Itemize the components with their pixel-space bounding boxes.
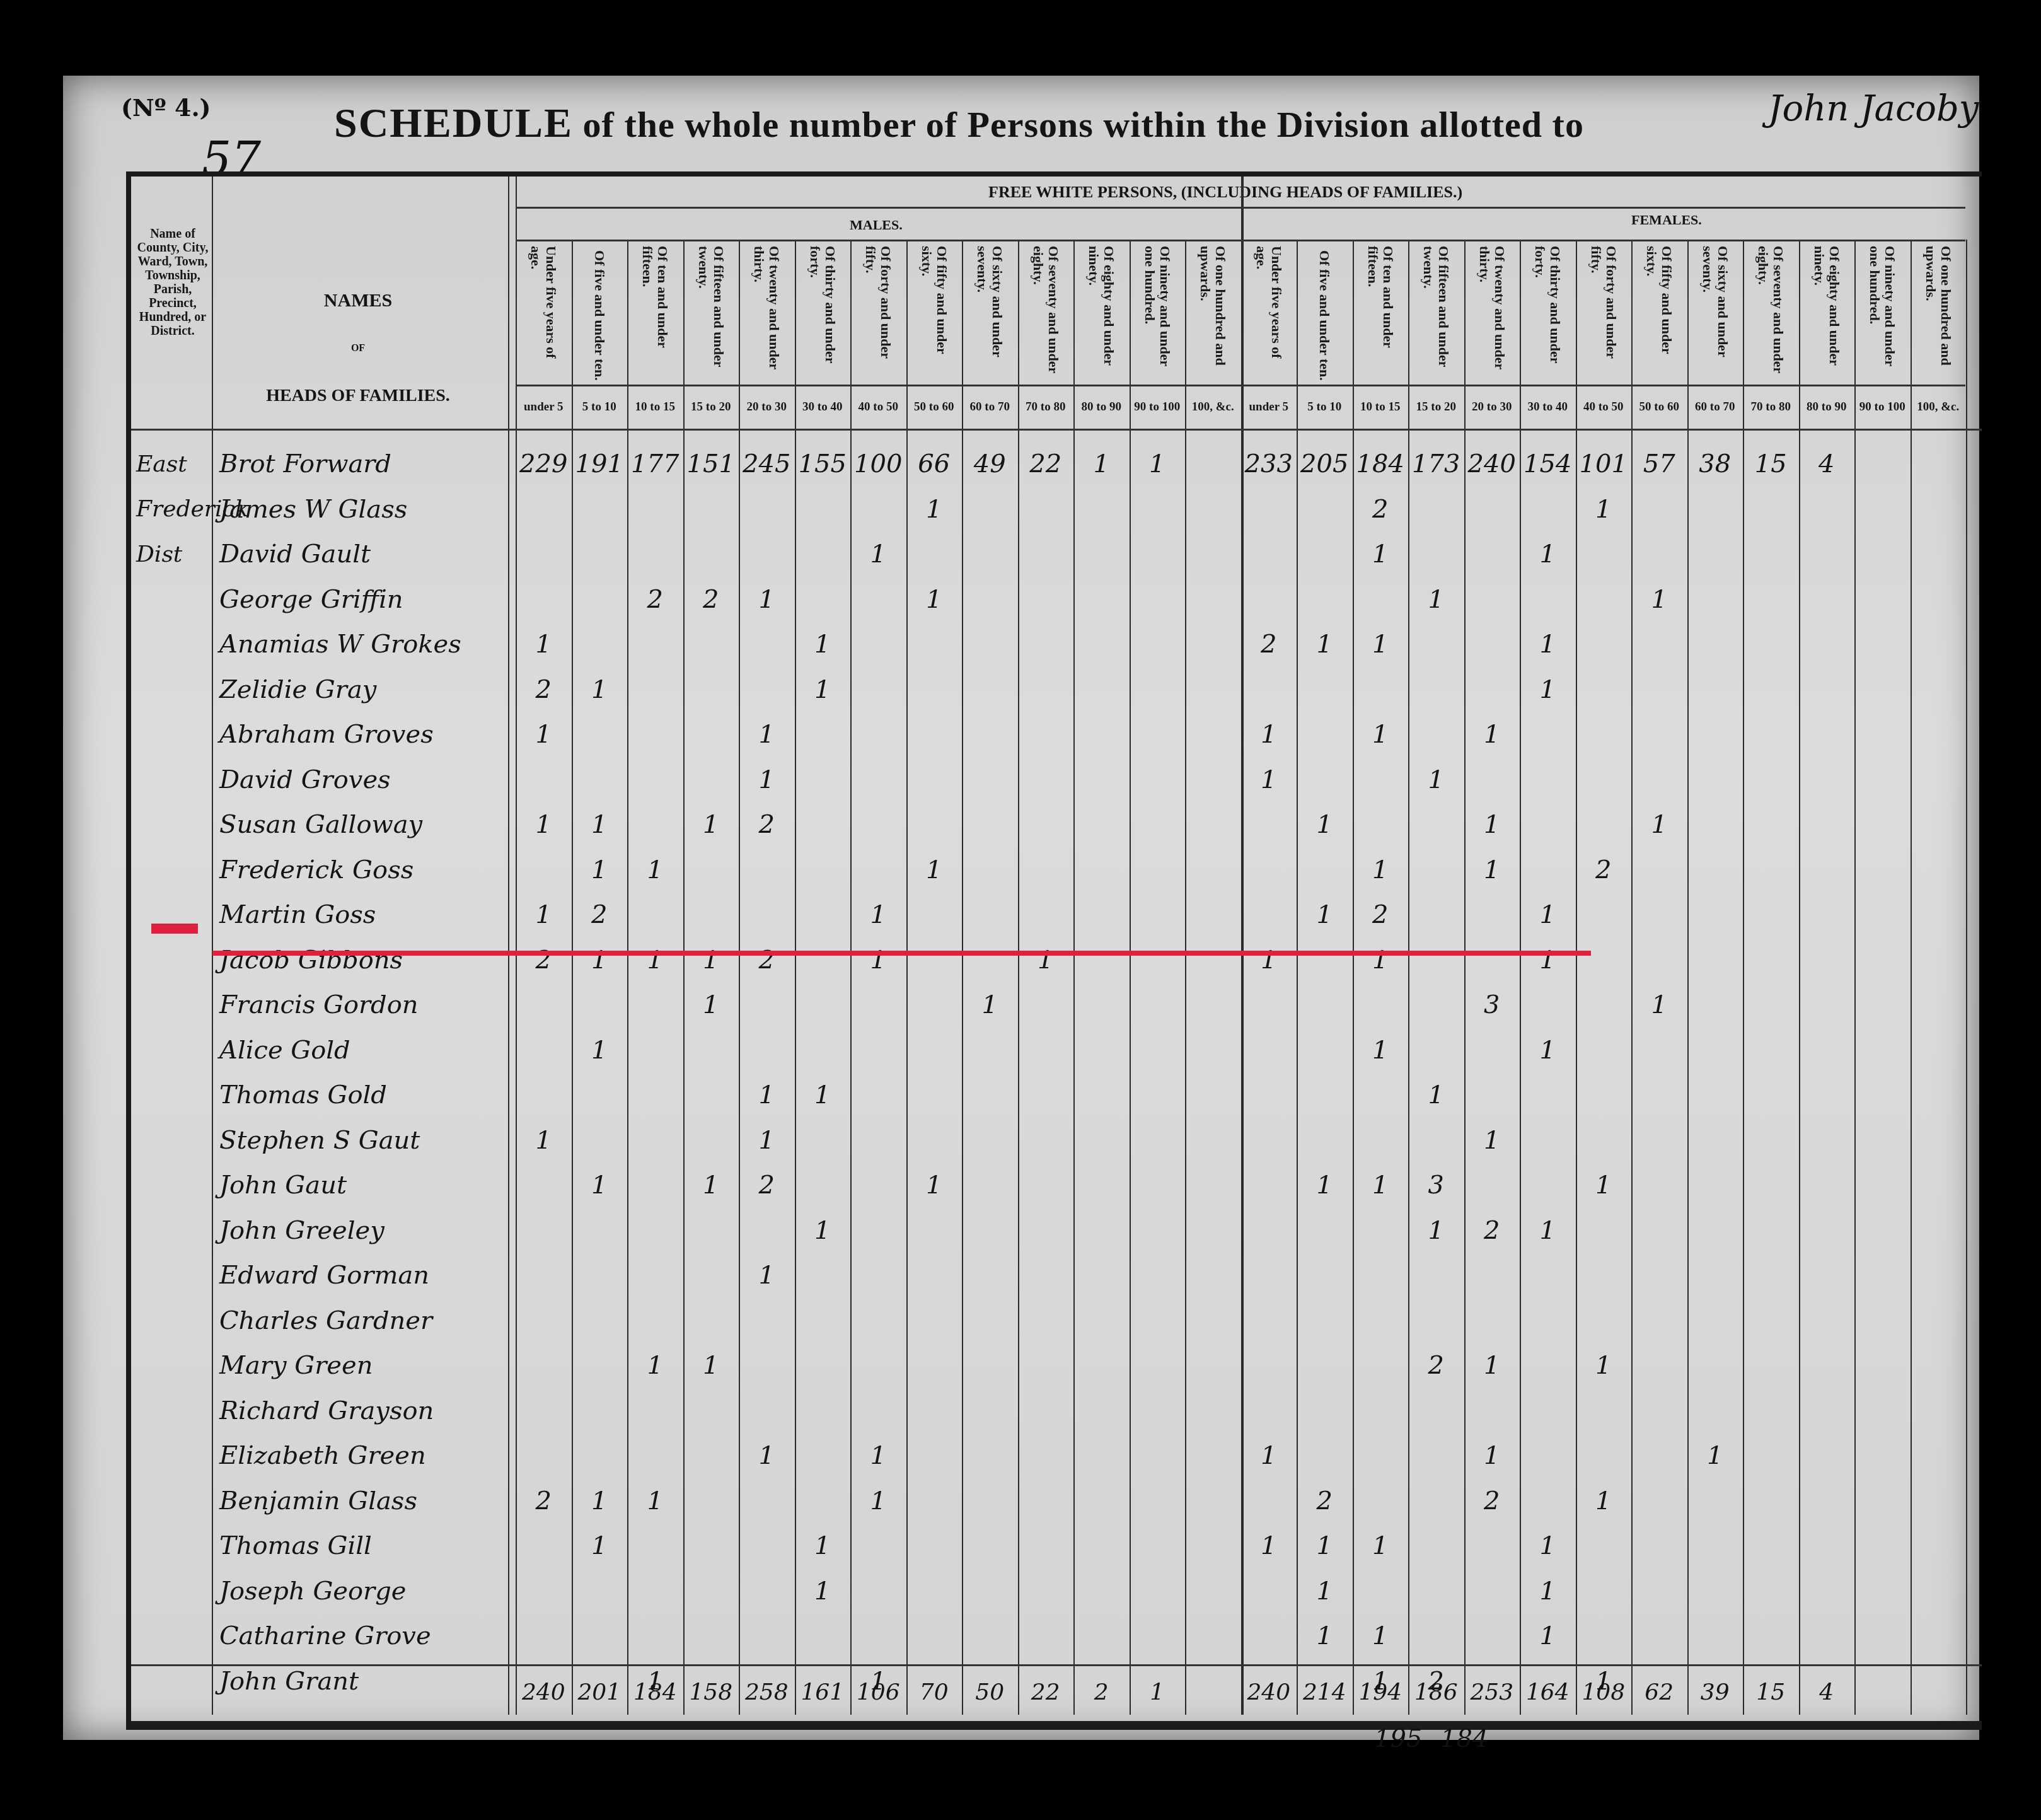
female-count-cell: [1576, 1523, 1632, 1568]
age-range-code: 80 to 90: [1073, 388, 1130, 426]
male-count-cell: [1018, 1523, 1074, 1568]
male-count-cell: [795, 531, 851, 577]
male-count-cell: [1018, 1343, 1074, 1388]
female-count-cell: 1: [1297, 1568, 1353, 1614]
female-count-cell: [1854, 1028, 1911, 1073]
head-of-family-name: Thomas Gill: [219, 1523, 372, 1568]
female-count-cell: [1241, 1072, 1297, 1118]
female-count-cell: [1911, 1343, 1967, 1388]
female-count-cell: [1687, 487, 1743, 532]
male-count-cell: [795, 1388, 851, 1434]
names-header-line1: NAMES: [213, 290, 503, 311]
male-count-cell: [906, 712, 963, 757]
male-count-cell: [1073, 667, 1130, 712]
male-count-cell: 1: [850, 1478, 906, 1524]
female-count-cell: [1687, 1298, 1743, 1343]
female-count-cell: [1743, 757, 1799, 803]
male-count-cell: 1: [795, 667, 851, 712]
female-count-cell: [1408, 937, 1464, 983]
male-count-cell: [850, 577, 906, 622]
male-count-cell: [962, 1253, 1018, 1298]
male-count-cell: [795, 937, 851, 983]
male-count-cell: [627, 1072, 683, 1118]
table-row: John Gaut11211131: [131, 1162, 1982, 1208]
age-description: Of forty and under fifty.: [1588, 246, 1619, 385]
female-count-cell: [1408, 531, 1464, 577]
head-of-family-name: Edward Gorman: [219, 1253, 429, 1298]
female-count-cell: [1297, 1028, 1353, 1073]
age-description: Of ten and under fifteen.: [1365, 246, 1396, 385]
female-count-cell: [1911, 667, 1967, 712]
female-count-cell: [1408, 1298, 1464, 1343]
female-count-cell: [1241, 487, 1297, 532]
male-count-cell: [1130, 1028, 1186, 1073]
female-count-cell: 1: [1241, 757, 1297, 803]
male-count-cell: [1018, 577, 1074, 622]
male-count-cell: [683, 892, 739, 937]
male-count-cell: [1185, 531, 1241, 577]
male-count-cell: [627, 982, 683, 1028]
female-count-cell: [1911, 982, 1967, 1028]
female-count-cell: [1520, 712, 1576, 757]
male-count-cell: 245: [739, 441, 795, 487]
female-count-cell: [1911, 847, 1967, 893]
male-count-cell: [1018, 1253, 1074, 1298]
male-count-cell: [850, 802, 906, 847]
female-count-cell: 1: [1408, 577, 1464, 622]
female-count-cell: [1520, 982, 1576, 1028]
female-count-cell: [1799, 1388, 1855, 1434]
table-row: Joseph George111: [131, 1568, 1982, 1614]
female-count-cell: 1: [1408, 757, 1464, 803]
male-count-cell: [1185, 1072, 1241, 1118]
male-count-cell: [1018, 1568, 1074, 1614]
male-count-cell: [683, 1523, 739, 1568]
female-count-cell: [1408, 1118, 1464, 1163]
male-count-cell: 2: [572, 892, 628, 937]
female-count-cell: 2: [1408, 1343, 1464, 1388]
male-count-cell: [795, 1298, 851, 1343]
female-count-cell: [1911, 1478, 1967, 1524]
row-rule: [516, 385, 1965, 386]
male-count-cell: [516, 847, 572, 893]
female-count-cell: [1687, 937, 1743, 983]
female-age-column-header: Under five years of age.: [1241, 246, 1297, 385]
male-count-cell: [739, 892, 795, 937]
female-count-cell: [1408, 847, 1464, 893]
female-total-cell: 214: [1297, 1669, 1353, 1715]
male-count-cell: [850, 1162, 906, 1208]
age-description: Of thirty and under forty.: [807, 246, 838, 385]
male-count-cell: [572, 1072, 628, 1118]
male-count-cell: 1: [906, 487, 963, 532]
female-count-cell: [1743, 1072, 1799, 1118]
male-count-cell: [1073, 1253, 1130, 1298]
male-count-cell: 191: [572, 441, 628, 487]
names-header-line2: OF: [213, 343, 503, 354]
male-count-cell: 2: [516, 1478, 572, 1524]
female-count-cell: [1297, 937, 1353, 983]
male-count-cell: [627, 487, 683, 532]
male-count-cell: [1073, 1028, 1130, 1073]
male-count-cell: [683, 1568, 739, 1614]
male-count-cell: [572, 622, 628, 667]
male-count-cell: [906, 937, 963, 983]
male-count-cell: [1073, 757, 1130, 803]
female-count-cell: [1241, 1613, 1297, 1659]
female-count-cell: 4: [1799, 441, 1855, 487]
male-count-cell: 1: [1018, 937, 1074, 983]
male-count-cell: [1130, 757, 1186, 803]
male-count-cell: 1: [572, 1523, 628, 1568]
male-count-cell: [1130, 1208, 1186, 1253]
male-count-cell: [906, 1118, 963, 1163]
female-count-cell: [1631, 1208, 1687, 1253]
female-count-cell: 1: [1297, 892, 1353, 937]
female-count-cell: 101: [1576, 441, 1632, 487]
male-count-cell: [516, 1523, 572, 1568]
female-count-cell: [1408, 1568, 1464, 1614]
female-count-cell: 173: [1408, 441, 1464, 487]
female-count-cell: [1687, 1162, 1743, 1208]
male-count-cell: [850, 1343, 906, 1388]
female-count-cell: [1353, 1118, 1409, 1163]
age-range-code: 5 to 10: [1297, 388, 1353, 426]
male-count-cell: [572, 577, 628, 622]
female-count-cell: 1: [1353, 622, 1409, 667]
male-count-cell: [683, 1298, 739, 1343]
male-count-cell: [850, 487, 906, 532]
names-column-header: NAMES OF HEADS OF FAMILIES.: [213, 240, 503, 406]
head-of-family-name: Zelidie Gray: [219, 667, 376, 712]
male-total-cell: 2: [1073, 1669, 1130, 1715]
female-count-cell: [1687, 982, 1743, 1028]
male-count-cell: [1185, 441, 1241, 487]
head-of-family-name: Mary Green: [219, 1343, 373, 1388]
male-count-cell: [572, 712, 628, 757]
age-description: Of ninety and under one hundred.: [1142, 246, 1172, 385]
female-count-cell: 1: [1464, 1433, 1520, 1478]
male-count-cell: [1185, 1613, 1241, 1659]
female-count-cell: [1408, 1388, 1464, 1434]
male-count-cell: [627, 892, 683, 937]
female-count-cell: [1854, 892, 1911, 937]
male-count-cell: [1185, 577, 1241, 622]
male-count-cell: [1073, 1343, 1130, 1388]
male-count-cell: [1130, 1523, 1186, 1568]
female-count-cell: [1911, 441, 1967, 487]
female-count-cell: [1353, 1343, 1409, 1388]
female-count-cell: [1353, 982, 1409, 1028]
male-count-cell: [1130, 982, 1186, 1028]
female-count-cell: [1576, 1613, 1632, 1659]
male-count-cell: [683, 1028, 739, 1073]
female-count-cell: 1: [1464, 847, 1520, 893]
female-age-column-header: Of fifty and under sixty.: [1631, 246, 1687, 385]
female-count-cell: 1: [1520, 667, 1576, 712]
female-count-cell: [1241, 1478, 1297, 1524]
male-count-cell: [850, 1028, 906, 1073]
female-count-cell: 1: [1297, 1613, 1353, 1659]
male-count-cell: [906, 1298, 963, 1343]
male-count-cell: [962, 1568, 1018, 1614]
head-of-family-name: Thomas Gold: [219, 1072, 387, 1118]
table-row: Mary Green11211: [131, 1343, 1982, 1388]
male-count-cell: [906, 622, 963, 667]
male-count-cell: [906, 1433, 963, 1478]
female-count-cell: [1520, 1253, 1576, 1298]
female-count-cell: 1: [1408, 1072, 1464, 1118]
age-description: Of sixty and under seventy.: [974, 246, 1005, 385]
female-count-cell: [1464, 1388, 1520, 1434]
male-count-cell: [1185, 712, 1241, 757]
male-count-cell: [1073, 1568, 1130, 1614]
male-count-cell: [739, 847, 795, 893]
female-count-cell: [1743, 1162, 1799, 1208]
female-count-cell: [1241, 667, 1297, 712]
male-count-cell: [627, 1388, 683, 1434]
female-count-cell: 1: [1353, 1613, 1409, 1659]
female-age-column-header: Of thirty and under forty.: [1520, 246, 1576, 385]
female-count-cell: [1743, 982, 1799, 1028]
female-count-cell: [1241, 1028, 1297, 1073]
table-row: Edward Gorman1: [131, 1253, 1982, 1298]
female-count-cell: [1687, 1072, 1743, 1118]
male-count-cell: [906, 1253, 963, 1298]
male-count-cell: [850, 982, 906, 1028]
male-count-cell: [627, 1613, 683, 1659]
female-count-cell: 1: [1464, 802, 1520, 847]
male-count-cell: 1: [795, 1523, 851, 1568]
table-row: David Gault111: [131, 531, 1982, 577]
head-of-family-name: Francis Gordon: [219, 982, 419, 1028]
female-count-cell: [1408, 1478, 1464, 1524]
female-count-cell: [1687, 622, 1743, 667]
female-count-cell: [1911, 802, 1967, 847]
male-count-cell: [850, 1253, 906, 1298]
male-age-column-header: Of thirty and under forty.: [795, 246, 851, 385]
male-count-cell: [1073, 1613, 1130, 1659]
male-count-cell: [1018, 1072, 1074, 1118]
male-count-cell: [962, 712, 1018, 757]
male-count-cell: [683, 531, 739, 577]
female-count-cell: [1464, 757, 1520, 803]
female-count-cell: 1: [1353, 531, 1409, 577]
female-count-cell: 38: [1687, 441, 1743, 487]
female-count-cell: 1: [1576, 487, 1632, 532]
female-count-cell: [1854, 982, 1911, 1028]
female-count-cell: [1408, 1028, 1464, 1073]
female-count-cell: [1854, 1162, 1911, 1208]
male-count-cell: [906, 1613, 963, 1659]
male-age-column-header: Of ten and under fifteen.: [627, 246, 683, 385]
male-count-cell: [850, 757, 906, 803]
female-count-cell: [1911, 577, 1967, 622]
female-total-cell: [1911, 1669, 1967, 1715]
female-count-cell: [1631, 1072, 1687, 1118]
female-count-cell: [1353, 757, 1409, 803]
table-row: Jacob Gibbons2111211111: [131, 937, 1982, 983]
female-count-cell: [1854, 1388, 1911, 1434]
male-count-cell: [962, 1523, 1018, 1568]
female-count-cell: [1911, 1072, 1967, 1118]
female-count-cell: [1631, 1613, 1687, 1659]
female-count-cell: 1: [1353, 1162, 1409, 1208]
male-count-cell: [1018, 1613, 1074, 1659]
female-count-cell: [1576, 577, 1632, 622]
female-count-cell: 1: [1520, 892, 1576, 937]
age-description: Under five years of age.: [528, 246, 558, 385]
male-count-cell: 1: [516, 622, 572, 667]
female-count-cell: [1576, 1388, 1632, 1434]
male-count-cell: [1073, 1298, 1130, 1343]
highlight-marker: [151, 924, 198, 934]
male-count-cell: [516, 577, 572, 622]
male-count-cell: [739, 1568, 795, 1614]
female-count-cell: [1743, 667, 1799, 712]
male-count-cell: [1018, 487, 1074, 532]
female-count-cell: [1743, 1208, 1799, 1253]
male-count-cell: [739, 1613, 795, 1659]
male-count-cell: 1: [739, 577, 795, 622]
female-count-cell: [1631, 1523, 1687, 1568]
female-count-cell: [1576, 667, 1632, 712]
female-count-cell: [1631, 667, 1687, 712]
male-count-cell: [795, 847, 851, 893]
male-count-cell: 1: [1073, 441, 1130, 487]
male-count-cell: [906, 531, 963, 577]
male-count-cell: [1073, 847, 1130, 893]
head-of-family-name: Frederick Goss: [219, 847, 413, 893]
female-count-cell: [1520, 577, 1576, 622]
male-total-cell: 240: [516, 1669, 572, 1715]
female-count-cell: 154: [1520, 441, 1576, 487]
female-count-cell: [1911, 712, 1967, 757]
male-count-cell: [627, 1208, 683, 1253]
female-count-cell: 1: [1297, 1162, 1353, 1208]
female-count-cell: [1911, 1388, 1967, 1434]
female-count-cell: [1743, 712, 1799, 757]
male-count-cell: [1130, 1118, 1186, 1163]
male-count-cell: [795, 1433, 851, 1478]
female-count-cell: [1464, 1613, 1520, 1659]
male-count-cell: [1130, 892, 1186, 937]
male-count-cell: [1185, 802, 1241, 847]
male-count-cell: [1018, 1433, 1074, 1478]
female-count-cell: 1: [1353, 712, 1409, 757]
age-range-code: 60 to 70: [962, 388, 1018, 426]
male-count-cell: 1: [739, 1433, 795, 1478]
female-count-cell: [1687, 531, 1743, 577]
female-count-cell: [1799, 667, 1855, 712]
male-count-cell: [1130, 802, 1186, 847]
female-count-cell: [1353, 1478, 1409, 1524]
male-count-cell: [1130, 1343, 1186, 1388]
female-count-cell: 1: [1353, 847, 1409, 893]
male-age-column-header: Of fifteen and under twenty.: [683, 246, 739, 385]
table-row: Zelidie Gray2111: [131, 667, 1982, 712]
age-description: Of sixty and under seventy.: [1700, 246, 1730, 385]
female-count-cell: [1631, 487, 1687, 532]
female-count-cell: [1799, 531, 1855, 577]
female-count-cell: [1297, 1388, 1353, 1434]
male-count-cell: [1073, 487, 1130, 532]
female-count-cell: [1799, 712, 1855, 757]
male-total-cell: 50: [962, 1669, 1018, 1715]
male-count-cell: [516, 1072, 572, 1118]
male-count-cell: [739, 667, 795, 712]
male-count-cell: 1: [906, 1162, 963, 1208]
female-count-cell: [1687, 757, 1743, 803]
male-count-cell: [1073, 622, 1130, 667]
female-count-cell: [1854, 441, 1911, 487]
male-count-cell: [683, 1613, 739, 1659]
male-count-cell: 1: [683, 1162, 739, 1208]
female-count-cell: [1353, 802, 1409, 847]
female-count-cell: [1799, 1208, 1855, 1253]
female-count-cell: [1854, 1523, 1911, 1568]
female-count-cell: [1743, 1253, 1799, 1298]
female-count-cell: [1241, 982, 1297, 1028]
male-count-cell: 1: [683, 1343, 739, 1388]
female-count-cell: 1: [1353, 1028, 1409, 1073]
age-description: Under five years of age.: [1254, 246, 1284, 385]
female-count-cell: [1743, 1433, 1799, 1478]
female-count-cell: [1687, 892, 1743, 937]
title-lead: SCHEDULE: [334, 100, 573, 146]
female-count-cell: 57: [1631, 441, 1687, 487]
male-count-cell: 2: [683, 577, 739, 622]
female-count-cell: [1520, 1433, 1576, 1478]
female-count-cell: [1520, 487, 1576, 532]
female-count-cell: 1: [1576, 1478, 1632, 1524]
female-count-cell: [1799, 1253, 1855, 1298]
male-count-cell: [795, 982, 851, 1028]
male-count-cell: [683, 1208, 739, 1253]
male-count-cell: [572, 982, 628, 1028]
male-count-cell: [906, 1523, 963, 1568]
table-row: Catharine Grove111: [131, 1613, 1982, 1659]
female-count-cell: [1799, 1072, 1855, 1118]
age-description: Of ten and under fifteen.: [640, 246, 670, 385]
male-count-cell: [850, 847, 906, 893]
female-count-cell: [1799, 487, 1855, 532]
female-count-cell: [1297, 712, 1353, 757]
male-count-cell: [962, 1343, 1018, 1388]
female-count-cell: 233: [1241, 441, 1297, 487]
female-count-cell: [1631, 937, 1687, 983]
male-count-cell: [739, 1478, 795, 1524]
male-count-cell: [906, 1072, 963, 1118]
male-count-cell: [1073, 802, 1130, 847]
female-count-cell: [1854, 712, 1911, 757]
male-count-cell: [739, 1523, 795, 1568]
female-count-cell: [1464, 667, 1520, 712]
female-count-cell: [1743, 577, 1799, 622]
age-description: Of seventy and under eighty.: [1755, 246, 1786, 385]
male-count-cell: [795, 487, 851, 532]
head-of-family-name: John Gaut: [219, 1162, 347, 1208]
female-count-cell: 1: [1353, 1523, 1409, 1568]
female-count-cell: [1576, 712, 1632, 757]
male-count-cell: [516, 1343, 572, 1388]
female-count-cell: [1520, 1343, 1576, 1388]
head-of-family-name: James W Glass: [219, 487, 407, 532]
male-count-cell: [572, 487, 628, 532]
female-count-cell: [1353, 1253, 1409, 1298]
female-count-cell: [1520, 847, 1576, 893]
female-age-column-header: Of five and under ten.: [1297, 246, 1353, 385]
